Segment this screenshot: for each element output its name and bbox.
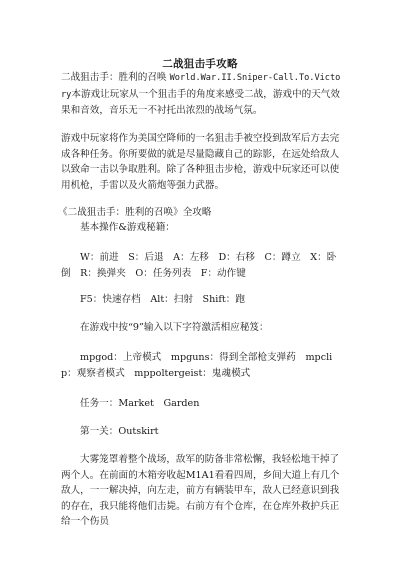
guide-heading: 《二战狙击手：胜利的召唤》全攻略 <box>58 205 340 221</box>
walkthrough-paragraph: 大雾笼罩着整个战场，敌军的防备非常松懈，我轻松地干掉了两个人。在前面的木箱旁收起… <box>61 452 343 530</box>
cheat-intro-paragraph: 在游戏中按“9”输入以下字符激活相应秘笈： <box>61 320 343 336</box>
story-paragraph: 游戏中玩家将作为美国空降师的一名狙击手被空投到敌军后方去完成各种任务。你所要做的… <box>61 131 343 193</box>
document-page: 二战狙击手攻略 二战狙击手：胜利的召唤 World.War.II.Sniper-… <box>0 0 400 566</box>
intro-title-cn: 二战狙击手：胜利的召唤 <box>61 72 170 83</box>
intro-paragraph: 二战狙击手：胜利的召唤 World.War.II.Sniper-Call.To.… <box>61 70 343 119</box>
cheats-paragraph: mpgod：上帝模式 mpguns：得到全部枪支弹药 mpclip：观察者模式 … <box>61 350 343 381</box>
document-title: 二战狙击手攻略 <box>0 56 400 71</box>
controls-heading: 基本操作&游戏秘籍： <box>61 220 343 236</box>
hotkeys-paragraph: F5：快速存档 Alt：扫射 Shift：跑 <box>61 292 343 308</box>
controls-paragraph: W：前进 S：后退 A：左移 D：右移 C：蹲立 X：卧倒 R：换弹夹 O：任务… <box>61 250 343 281</box>
mission-heading: 任务一：Market Garden <box>61 396 343 412</box>
level-heading: 第一关：Outskirt <box>61 424 343 440</box>
intro-body: 本游戏让玩家从一个狙击手的角度来感受二战，游戏中的天气效果和音效，音乐无一不衬托… <box>61 89 340 117</box>
